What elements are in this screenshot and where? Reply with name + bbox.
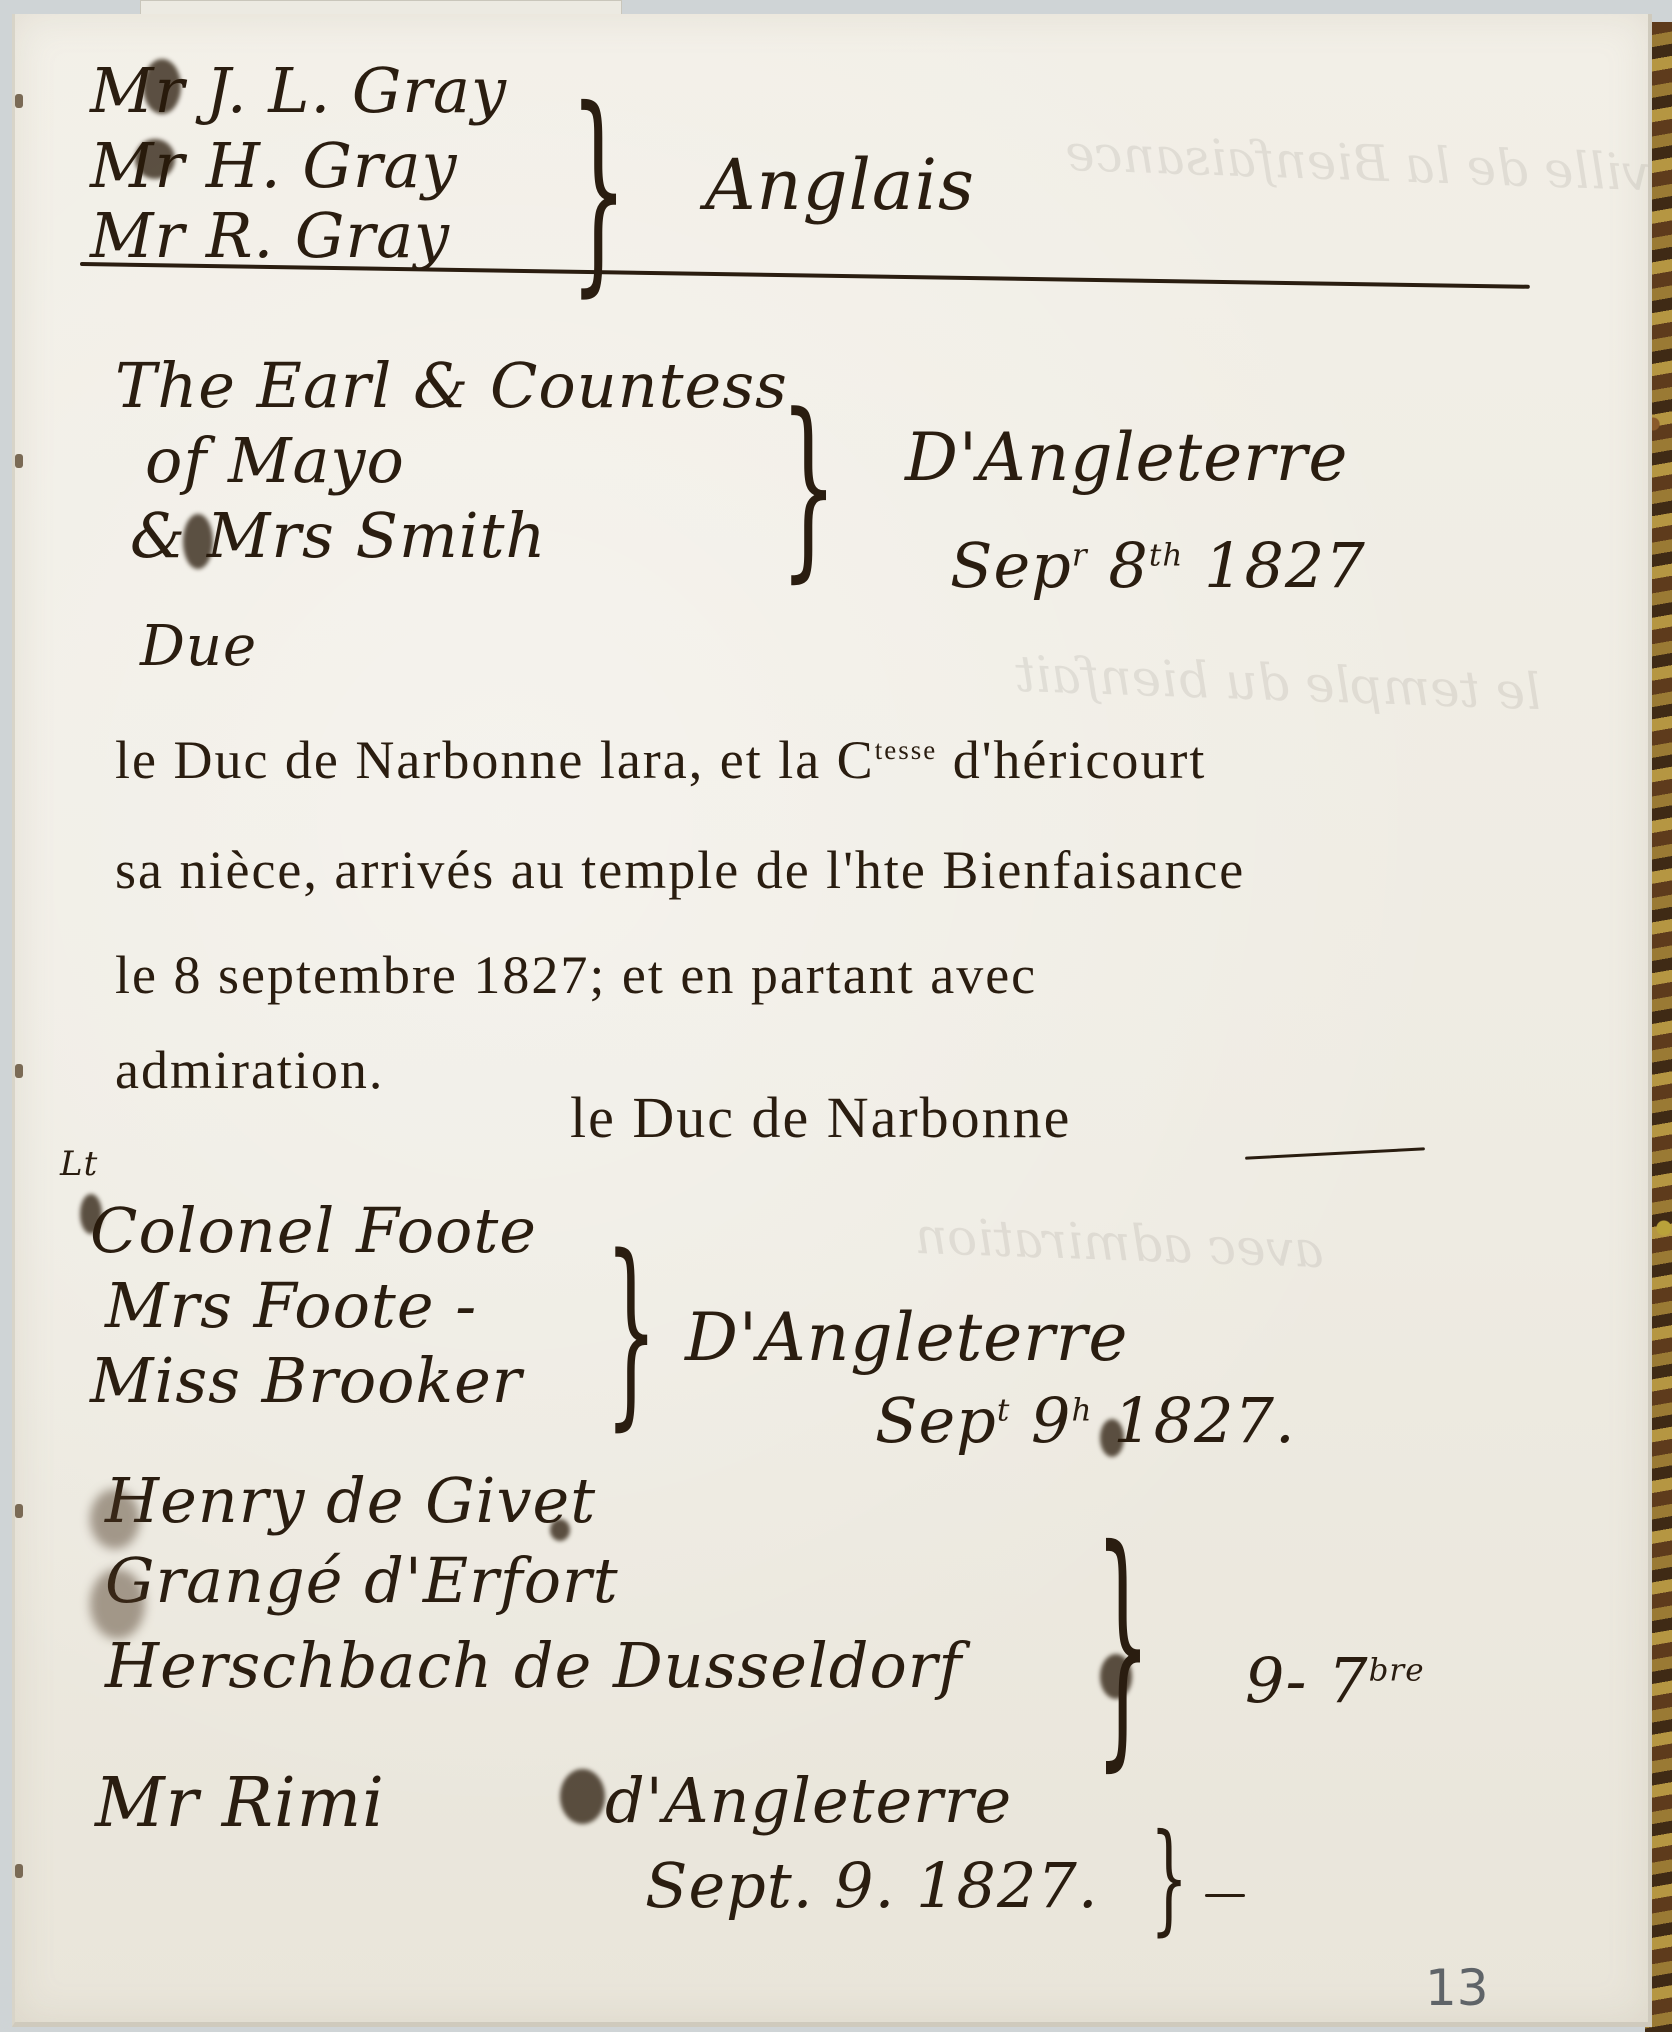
bleed-through-text: ville de la Bienfaisance — [1064, 124, 1651, 202]
entry-5-brace: } — [1095, 1494, 1151, 1793]
entry-3-signature: le Duc de Narbonne — [570, 1084, 1071, 1151]
entry-4-name-3: Miss Brooker — [90, 1344, 522, 1417]
date-day-sup: h — [1072, 1392, 1093, 1428]
entry-6-origin: d'Angleterre — [605, 1764, 1012, 1837]
ink-blot — [550, 1519, 570, 1541]
entry-4-name-2: Mrs Foote - — [105, 1269, 477, 1342]
paragraph-text: le Duc de Narbonne lara, et la C — [115, 730, 875, 790]
date-month: Sep — [950, 529, 1072, 602]
entry-4-brace: } — [605, 1214, 657, 1449]
entry-1-origin: Anglais — [705, 144, 975, 226]
date-year: 1827 — [1204, 529, 1366, 602]
entry-6-brace: } — [1150, 1809, 1188, 1948]
ink-stain — [90, 1569, 145, 1639]
entry-4-date: Sept 9h 1827. — [875, 1384, 1296, 1457]
entry-6-date: Sept. 9. 1827. — [645, 1849, 1099, 1922]
bleed-through-text: avec admiration — [914, 1207, 1325, 1279]
separator-rule — [80, 262, 1530, 289]
ink-stain — [90, 1489, 140, 1549]
date-day-sup: th — [1149, 537, 1183, 573]
date-day: 9 — [1031, 1384, 1071, 1457]
entry-4-rank: Lt — [60, 1144, 98, 1184]
ink-blot — [135, 139, 175, 179]
entry-4-name-1: Colonel Foote — [90, 1194, 537, 1267]
ink-blot — [1100, 1419, 1124, 1457]
signature-flourish — [1245, 1147, 1425, 1159]
binding-stitch — [15, 1504, 23, 1518]
entry-3-heading: Due — [140, 614, 257, 679]
ink-blot — [560, 1769, 605, 1824]
entry-2-name-2: of Mayo — [145, 424, 405, 497]
entry-5-name-3: Herschbach de Dusseldorf — [105, 1629, 962, 1702]
entry-5-name-2: Grangé d'Erfort — [105, 1544, 619, 1617]
entry-2-date: Sepr 8th 1827 — [950, 529, 1366, 602]
date-month-sup: bre — [1369, 1652, 1425, 1688]
ink-blot — [80, 1194, 102, 1234]
date-month-sup: t — [997, 1392, 1010, 1428]
bleed-through-text: le temple du bienfait — [1014, 645, 1542, 721]
entry-1-name-3: Mr R. Gray — [90, 199, 450, 272]
register-page: ville de la Bienfaisance le temple du bi… — [12, 14, 1652, 2027]
entry-3-line-4: admiration. — [115, 1039, 384, 1101]
entry-3-line-1: le Duc de Narbonne lara, et la Ctesse d'… — [115, 729, 1206, 791]
date-day: 9 — [1245, 1644, 1285, 1717]
ink-blot — [183, 514, 213, 569]
dash-mark — [1205, 1894, 1245, 1897]
date-month: 7 — [1328, 1644, 1368, 1717]
entry-3-line-3: le 8 septembre 1827; et en partant avec — [115, 944, 1037, 1006]
date-year: 1827. — [1113, 1384, 1296, 1457]
binding-stitch — [15, 454, 23, 468]
binding-stitch — [15, 1864, 23, 1878]
binding-stitch — [15, 1064, 23, 1078]
countess-sup: tesse — [875, 735, 937, 765]
page-number: 13 — [1425, 1959, 1489, 2017]
date-month-sup: r — [1072, 537, 1088, 573]
entry-2-origin: D'Angleterre — [905, 419, 1348, 496]
entry-5-name-1: Henry de Givet — [105, 1464, 596, 1537]
entry-2-brace: } — [780, 374, 837, 600]
entry-1-brace: } — [570, 64, 627, 316]
paragraph-text: d'héricourt — [937, 730, 1206, 790]
binding-stitch — [15, 94, 23, 108]
date-day: 8 — [1108, 529, 1148, 602]
entry-5-date: 9- 7bre — [1245, 1644, 1425, 1717]
entry-4-origin: D'Angleterre — [685, 1299, 1128, 1376]
ink-blot — [143, 59, 181, 114]
entry-2-name-1: The Earl & Countess — [115, 349, 788, 422]
entry-3-line-2: sa nièce, arrivés au temple de l'hte Bie… — [115, 839, 1245, 901]
date-month: Sep — [875, 1384, 997, 1457]
entry-6-name: Mr Rimi — [95, 1764, 385, 1843]
